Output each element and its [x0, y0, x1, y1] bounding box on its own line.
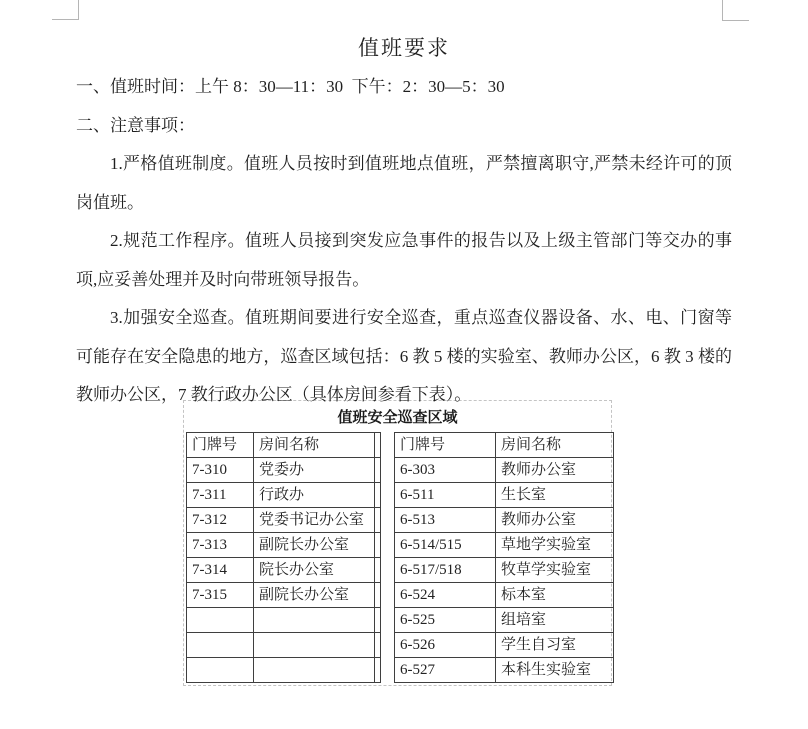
table-header-row: 门牌号房间名称 — [395, 433, 614, 458]
table-spacer-cell — [375, 583, 381, 608]
document-body: 值班要求 一、值班时间：上午 8：30—11：30 下午：2：30—5：30 二… — [76, 24, 732, 415]
table-cell: 7-311 — [187, 483, 254, 508]
table-row: 7-311行政办 — [187, 483, 381, 508]
table-row: 6-513教师办公室 — [395, 508, 614, 533]
document-page: 值班要求 一、值班时间：上午 8：30—11：30 下午：2：30—5：30 二… — [0, 0, 808, 729]
table-spacer-cell — [375, 458, 381, 483]
table-spacer-cell — [375, 633, 381, 658]
table-cell: 6-511 — [395, 483, 496, 508]
paragraph-duty-time: 一、值班时间：上午 8：30—11：30 下午：2：30—5：30 — [76, 68, 732, 107]
duty-table-left: 门牌号房间名称7-310党委办7-311行政办7-312党委书记办公室7-313… — [186, 432, 381, 683]
table-row: 6-527本科生实验室 — [395, 658, 614, 683]
table-cell — [187, 633, 254, 658]
table-cell: 6-303 — [395, 458, 496, 483]
table-cell: 教师办公室 — [496, 458, 614, 483]
table-spacer-cell — [375, 658, 381, 683]
duty-tables: 门牌号房间名称7-310党委办7-311行政办7-312党委书记办公室7-313… — [186, 432, 614, 683]
table-row — [187, 633, 381, 658]
table-header-row: 门牌号房间名称 — [187, 433, 381, 458]
table-cell — [254, 658, 375, 683]
table-row: 6-303教师办公室 — [395, 458, 614, 483]
margin-crop-mark-right — [722, 0, 749, 21]
table-row: 6-511生长室 — [395, 483, 614, 508]
table-row: 7-315副院长办公室 — [187, 583, 381, 608]
table-cell — [187, 658, 254, 683]
table-cell: 副院长办公室 — [254, 583, 375, 608]
table-row: 7-310党委办 — [187, 458, 381, 483]
table-row: 6-525组培室 — [395, 608, 614, 633]
table-cell: 学生自习室 — [496, 633, 614, 658]
table-cell: 7-312 — [187, 508, 254, 533]
table-cell: 6-524 — [395, 583, 496, 608]
table-cell: 牧草学实验室 — [496, 558, 614, 583]
table-cell: 6-527 — [395, 658, 496, 683]
table-cell: 7-314 — [187, 558, 254, 583]
table-row: 7-313副院长办公室 — [187, 533, 381, 558]
table-row: 6-517/518牧草学实验室 — [395, 558, 614, 583]
table-cell: 生长室 — [496, 483, 614, 508]
table-cell: 组培室 — [496, 608, 614, 633]
table-row: 7-314院长办公室 — [187, 558, 381, 583]
table-row — [187, 658, 381, 683]
table-cell: 6-513 — [395, 508, 496, 533]
table-spacer-cell — [375, 608, 381, 633]
table-header-cell: 门牌号 — [395, 433, 496, 458]
table-cell: 行政办 — [254, 483, 375, 508]
table-cell: 教师办公室 — [496, 508, 614, 533]
table-cell: 标本室 — [496, 583, 614, 608]
table-cell: 6-517/518 — [395, 558, 496, 583]
margin-crop-mark-left — [52, 0, 79, 20]
table-cell: 党委书记办公室 — [254, 508, 375, 533]
table-spacer-cell — [375, 483, 381, 508]
duty-table-right: 门牌号房间名称6-303教师办公室6-511生长室6-513教师办公室6-514… — [394, 432, 614, 683]
table-header-cell: 房间名称 — [496, 433, 614, 458]
table-row: 6-526学生自习室 — [395, 633, 614, 658]
table-cell: 6-526 — [395, 633, 496, 658]
table-cell: 副院长办公室 — [254, 533, 375, 558]
table-cell: 6-514/515 — [395, 533, 496, 558]
table-row — [187, 608, 381, 633]
table-row: 6-524标本室 — [395, 583, 614, 608]
table-spacer-cell — [375, 558, 381, 583]
table-cell: 7-315 — [187, 583, 254, 608]
table-spacer-cell — [375, 433, 381, 458]
paragraph-rule-3: 3.加强安全巡查。值班期间要进行安全巡查，重点巡查仪器设备、水、电、门窗等可能存… — [76, 299, 732, 415]
table-cell: 院长办公室 — [254, 558, 375, 583]
table-spacer-cell — [375, 533, 381, 558]
table-row: 6-514/515草地学实验室 — [395, 533, 614, 558]
table-cell — [254, 608, 375, 633]
paragraph-rule-1: 1.严格值班制度。值班人员按时到值班地点值班，严禁擅离职守,严禁未经许可的顶岗值… — [76, 145, 732, 222]
table-cell: 6-525 — [395, 608, 496, 633]
table-header-cell: 门牌号 — [187, 433, 254, 458]
table-cell: 7-313 — [187, 533, 254, 558]
table-cell: 7-310 — [187, 458, 254, 483]
table-row: 7-312党委书记办公室 — [187, 508, 381, 533]
paragraph-rule-2: 2.规范工作程序。值班人员接到突发应急事件的报告以及上级主管部门等交办的事项,应… — [76, 222, 732, 299]
table-cell: 党委办 — [254, 458, 375, 483]
page-title: 值班要求 — [76, 28, 732, 68]
paragraph-notes-head: 二、注意事项： — [76, 107, 732, 146]
table-cell — [254, 633, 375, 658]
table-cell: 本科生实验室 — [496, 658, 614, 683]
table-cell — [187, 608, 254, 633]
table-header-cell: 房间名称 — [254, 433, 375, 458]
duty-table-frame: 值班安全巡查区域 门牌号房间名称7-310党委办7-311行政办7-312党委书… — [183, 400, 612, 686]
table-spacer-cell — [375, 508, 381, 533]
table-cell: 草地学实验室 — [496, 533, 614, 558]
